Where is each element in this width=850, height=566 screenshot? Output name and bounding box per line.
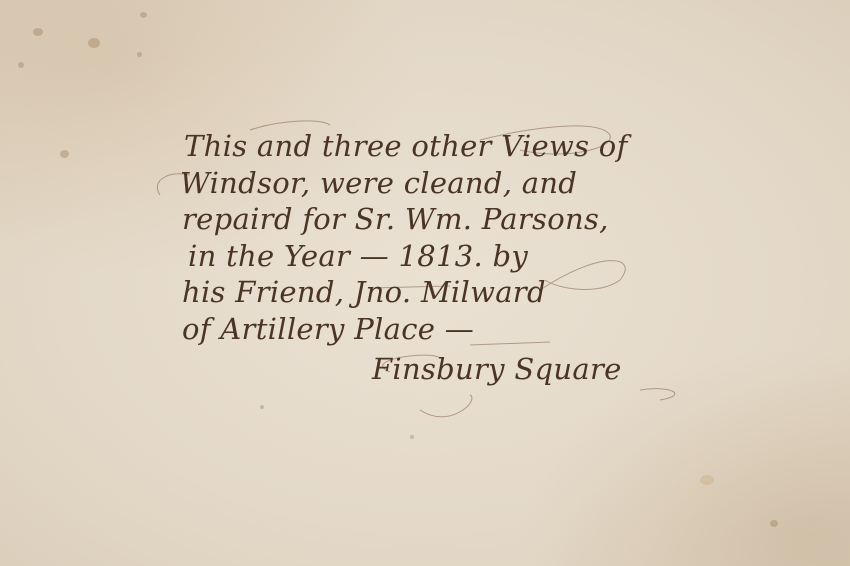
inscription-line: his Friend, Jno. Milward — [180, 274, 650, 311]
foxing-spot — [60, 150, 69, 158]
foxing-spot — [260, 405, 264, 409]
inscription-line: repaird for Sr. Wm. Parsons, — [180, 201, 650, 238]
foxing-spot — [18, 62, 24, 68]
handwritten-inscription: This and three other Views of Windsor, w… — [180, 128, 650, 388]
foxing-spot — [700, 475, 714, 485]
foxing-spot — [140, 12, 147, 18]
foxing-spot — [88, 38, 100, 48]
inscription-line: of Artillery Place — — [180, 311, 650, 348]
foxing-spot — [410, 435, 414, 439]
inscription-signature-line: Finsbury Square — [180, 351, 650, 388]
inscription-line: Windsor, were cleand, and — [180, 165, 650, 202]
foxing-spot — [770, 520, 778, 527]
foxing-spot — [33, 28, 43, 36]
inscription-line: in the Year — 1813. by — [180, 238, 650, 275]
inscription-line: This and three other Views of — [180, 128, 650, 165]
aged-paper: This and three other Views of Windsor, w… — [0, 0, 850, 566]
foxing-spot — [137, 52, 142, 57]
